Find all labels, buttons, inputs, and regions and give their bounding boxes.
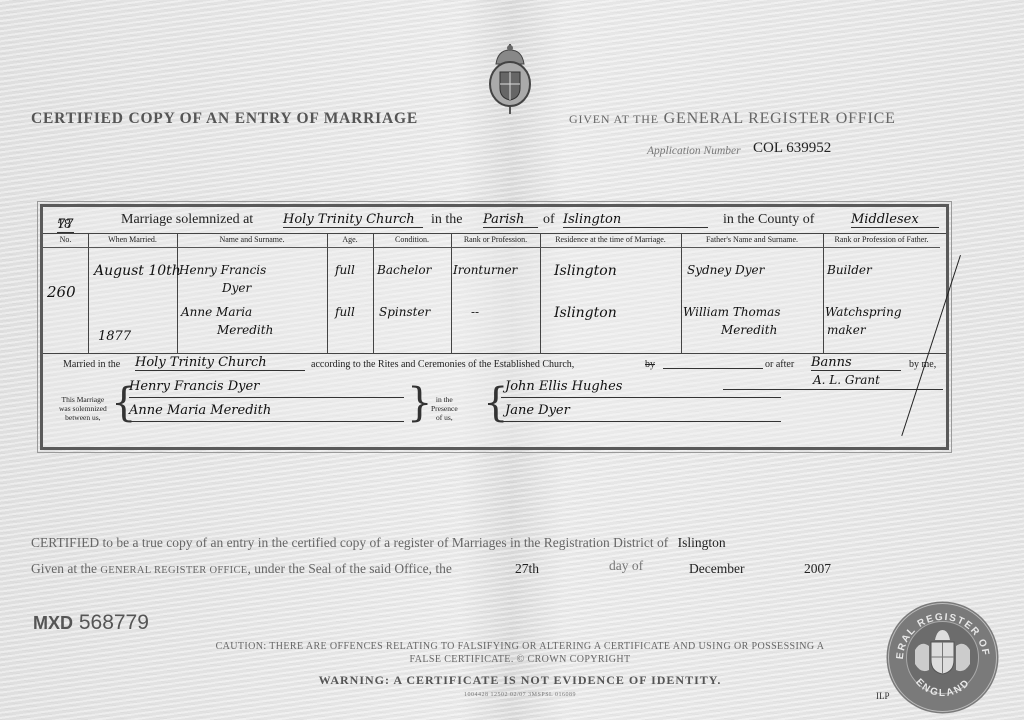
gro-seal-icon: GENERAL REGISTER OFFICE ENGLAND [885, 600, 1000, 715]
right-brace-icon: } [407, 383, 432, 423]
column-residence: Residence at the time of Marriage. Islin… [540, 233, 682, 353]
by-label: by [645, 359, 655, 370]
certificate-serial: MXD 568779 [33, 611, 149, 635]
bride-name: Anne Maria [181, 305, 252, 319]
groom-condition: Bachelor [377, 263, 431, 277]
certification-year: 2007 [804, 561, 831, 577]
column-name: Name and Surname. Henry Francis Dyer Ann… [177, 233, 328, 353]
column-father-rank: Rank or Profession of Father. Builder Wa… [823, 233, 940, 353]
certification-line-1: CERTIFIED to be a true copy of an entry … [31, 535, 726, 551]
entry-heading: 1877. Marriage solemnized at Holy Trinit… [43, 207, 946, 234]
identity-warning: WARNING: A CERTIFICATE IS NOT EVIDENCE O… [180, 673, 860, 688]
royal-crest-icon [484, 44, 536, 114]
presence-label: in the Presence of us, [431, 395, 458, 422]
marriage-register-entry: 1877. Marriage solemnized at Holy Trinit… [40, 204, 949, 450]
groom-rank: Ironturner [453, 263, 517, 277]
party-2-signature: Anne Maria Meredith [129, 403, 271, 418]
bride-father-rank-2: maker [827, 323, 866, 337]
married-in-label: Married in the [63, 359, 120, 370]
groom-father-rank: Builder [827, 263, 872, 277]
bride-father-surname: Meredith [721, 323, 777, 337]
officiant-signature: A. L. Grant [813, 373, 880, 387]
document-title: CERTIFIED COPY OF AN ENTRY OF MARRIAGE [31, 110, 418, 128]
registration-district: Islington [678, 535, 726, 550]
witness-2-line [501, 421, 781, 422]
column-rank: Rank or Profession. Ironturner -- [451, 233, 541, 353]
column-condition: Condition. Bachelor Spinster [373, 233, 452, 353]
solemnized-label: Marriage solemnized at [121, 212, 253, 228]
bride-condition: Spinster [379, 305, 430, 319]
issuing-office-name: GENERAL REGISTER OFFICE [664, 110, 896, 127]
issuing-office: Given at the GENERAL REGISTER OFFICE [569, 110, 896, 128]
or-after-label: or after [765, 359, 794, 370]
caution-notice: CAUTION: THERE ARE OFFENCES RELATING TO … [180, 640, 860, 666]
application-number-label: Application Number [647, 145, 741, 157]
issuer-initials: ILP [876, 691, 890, 701]
bride-father: William Thomas [683, 305, 780, 319]
banns: Banns [811, 355, 901, 371]
in-the-label: in the [431, 212, 463, 228]
party-2-line [129, 421, 404, 422]
groom-name: Henry Francis [179, 263, 266, 277]
certification-month: December [689, 561, 744, 577]
bride-age: full [335, 305, 355, 319]
groom-residence: Islington [554, 263, 617, 279]
day-of-label: day of [609, 558, 643, 574]
witness-1-line [501, 397, 781, 398]
county-label: in the County of [723, 212, 814, 228]
by-blank [663, 358, 763, 369]
witness-1-signature: John Ellis Hughes [505, 379, 622, 394]
column-when-married: When Married. August 10th 1877 [88, 233, 178, 353]
entry-table: No. 260 When Married. August 10th 1877 N… [43, 233, 946, 353]
ceremony-row: Married in the Holy Trinity Church accor… [43, 353, 946, 376]
bride-father-rank: Watchspring [825, 305, 902, 319]
between-label: This Marriage was solemnized between us, [59, 395, 107, 422]
bride-residence: Islington [554, 305, 617, 321]
issuing-office-prefix: Given at the [569, 112, 659, 126]
column-father-name: Father's Name and Surname. Sydney Dyer W… [681, 233, 824, 353]
district-type: Parish [483, 212, 538, 228]
print-codes: 1004428 12502 02/07 3MSPSL 016089 [180, 692, 860, 698]
column-age: Age. full full [327, 233, 374, 353]
witness-2-signature: Jane Dyer [505, 403, 570, 418]
bride-rank: -- [471, 305, 479, 319]
groom-age: full [335, 263, 355, 277]
certification-day: 27th [515, 561, 539, 577]
parties-section: A. L. Grant This Marriage was solemnized… [43, 375, 946, 441]
officiant-line [723, 389, 943, 390]
marriage-year: 1877 [98, 329, 131, 344]
bride-surname: Meredith [217, 323, 273, 337]
party-1-line [129, 397, 404, 398]
certification-line-2: Given at the General Register Office, un… [31, 561, 452, 577]
district-name: Islington [563, 212, 708, 228]
groom-father: Sydney Dyer [687, 263, 764, 277]
married-in-place: Holy Trinity Church [135, 355, 305, 371]
entry-number: 260 [47, 283, 76, 301]
application-number: COL 639952 [753, 140, 831, 157]
party-1-signature: Henry Francis Dyer [129, 379, 259, 394]
county-name: Middlesex [851, 212, 939, 228]
rites-text: according to the Rites and Ceremonies of… [311, 359, 574, 370]
entry-year: 1877. [57, 212, 61, 228]
marriage-date: August 10th [94, 263, 181, 279]
solemnized-place: Holy Trinity Church [283, 212, 423, 228]
groom-surname: Dyer [222, 281, 251, 295]
column-no: No. 260 [43, 233, 89, 353]
of-label: of [543, 212, 555, 228]
